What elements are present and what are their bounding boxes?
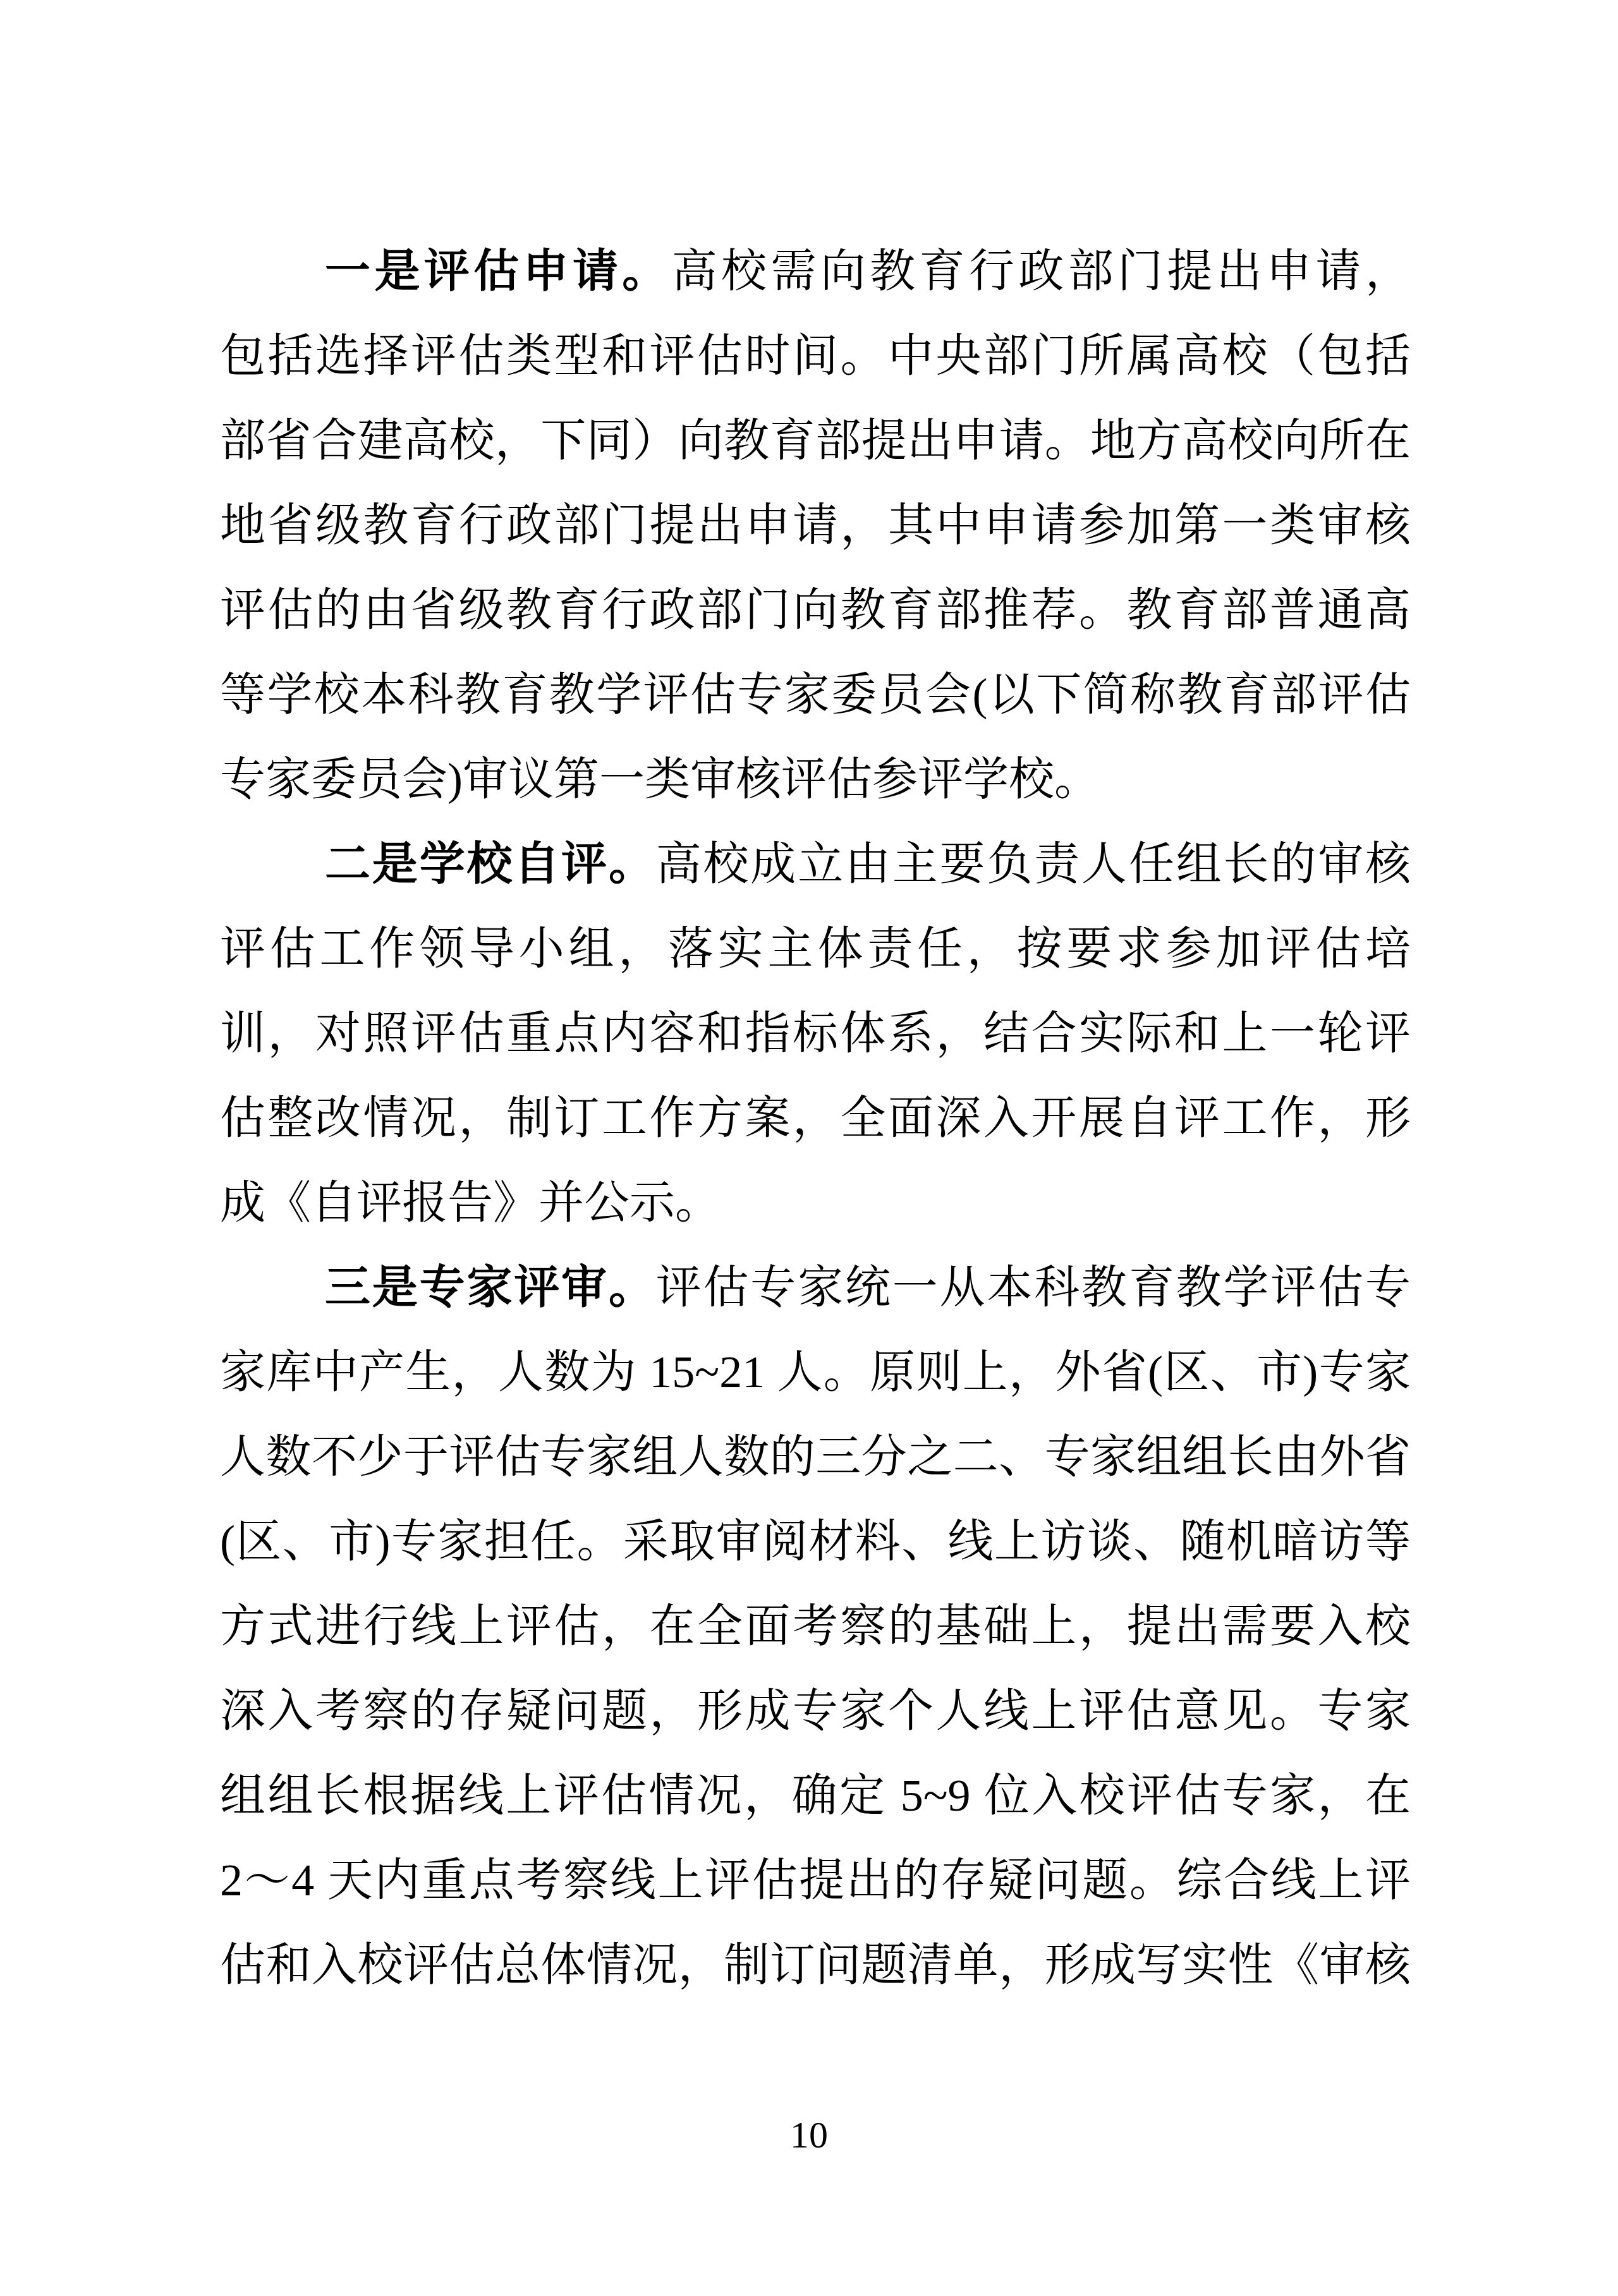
text-line: 一是评估申请。高校需向教育行政部门提出申请， bbox=[220, 229, 1411, 313]
text-line: 地省级教育行政部门提出申请，其中申请参加第一类审核 bbox=[220, 483, 1411, 568]
text-line: 估和入校评估总体情况，制订问题清单，形成写实性《审核 bbox=[220, 1922, 1411, 2007]
text-line: 组组长根据线上评估情况，确定 5~9 位入校评估专家，在 bbox=[220, 1753, 1411, 1838]
page-number: 10 bbox=[0, 2116, 1618, 2154]
text-line: 部省合建高校，下同）向教育部提出申请。地方高校向所在 bbox=[220, 398, 1411, 483]
text-line: 估整改情况，制订工作方案，全面深入开展自评工作，形 bbox=[220, 1076, 1411, 1160]
text-line: 训，对照评估重点内容和指标体系，结合实际和上一轮评 bbox=[220, 991, 1411, 1076]
text-line: 三是专家评审。评估专家统一从本科教育教学评估专 bbox=[220, 1245, 1411, 1330]
text-line: 方式进行线上评估，在全面考察的基础上，提出需要入校 bbox=[220, 1584, 1411, 1668]
text-line: 二是学校自评。高校成立由主要负责人任组长的审核 bbox=[220, 822, 1411, 906]
paragraph-lead: 一是评估申请。 bbox=[325, 246, 672, 296]
text-line: (区、市)专家担任。采取审阅材料、线上访谈、随机暗访等 bbox=[220, 1499, 1411, 1584]
text-line: 人数不少于评估专家组人数的三分之二、专家组组长由外省 bbox=[220, 1414, 1411, 1499]
document-page: 一是评估申请。高校需向教育行政部门提出申请，包括选择评估类型和评估时间。中央部门… bbox=[0, 0, 1618, 2296]
text-line: 评估工作领导小组，落实主体责任，按要求参加评估培 bbox=[220, 906, 1411, 991]
text-line: 家库中产生，人数为 15~21 人。原则上，外省(区、市)专家 bbox=[220, 1330, 1411, 1414]
text-line: 专家委员会)审议第一类审核评估参评学校。 bbox=[220, 737, 1411, 822]
text-line: 评估的由省级教育行政部门向教育部推荐。教育部普通高 bbox=[220, 568, 1411, 652]
page-body: 一是评估申请。高校需向教育行政部门提出申请，包括选择评估类型和评估时间。中央部门… bbox=[220, 229, 1411, 2007]
paragraph-lead: 三是专家评审。 bbox=[325, 1262, 656, 1313]
text-line: 包括选择评估类型和评估时间。中央部门所属高校（包括 bbox=[220, 313, 1411, 398]
paragraph-lead: 二是学校自评。 bbox=[325, 839, 656, 889]
text-line: 等学校本科教育教学评估专家委员会(以下简称教育部评估 bbox=[220, 652, 1411, 737]
text-line: 成《自评报告》并公示。 bbox=[220, 1160, 1411, 1245]
text-line: 2～4 天内重点考察线上评估提出的存疑问题。综合线上评 bbox=[220, 1838, 1411, 1922]
text-line: 深入考察的存疑问题，形成专家个人线上评估意见。专家 bbox=[220, 1668, 1411, 1753]
